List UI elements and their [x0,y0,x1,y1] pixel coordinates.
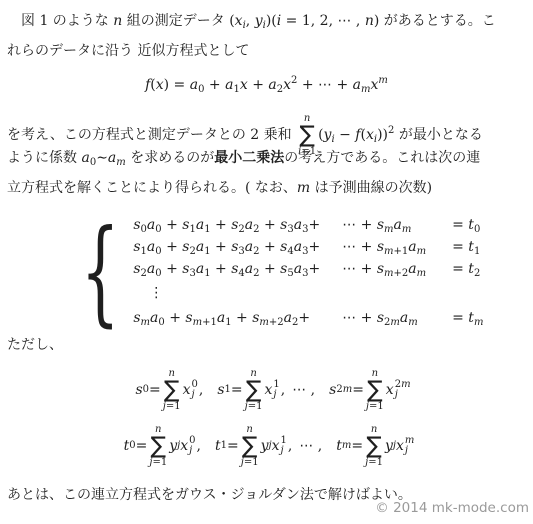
sum-operator-icon: n∑j=1 [241,424,259,468]
stacked-scripts: mj [405,436,414,456]
t-definitions-equation: t0 = n∑j=1 yjx0j, t1 = n∑j=1 yjx1j, ⋯ , … [0,418,533,474]
sum-formula-paragraph: を考え、この方程式と測定データとの 2 乗和 n∑i=1(yi − f(xi))… [7,113,528,203]
equation-cell: = tm [426,307,483,329]
copyright-notice: © 2014 mk-mode.com [375,499,529,517]
equations-table: s0a0 + s1a1 + s2a2 + s3a3+⋯ + smam= t0s1… [133,214,483,329]
text-line: 図 1 のような n 組の測定データ (xi, yi)(i = 1, 2, ⋯ … [7,6,528,36]
equation-cell: sma0 + sm+1a1 + sm+2a2+ [133,307,320,329]
equation-cell: ⋮ [133,280,320,307]
least-squares-article: 図 1 のような n 組の測定データ (xi, yi)(i = 1, 2, ⋯ … [0,0,533,524]
equation-cell [426,280,483,307]
equation-row: s2a0 + s3a1 + s4a2 + s5a3+⋯ + sm+2am= t2 [133,258,483,280]
stacked-scripts: 1j [281,436,287,456]
sum-operator-icon: n∑j=1 [149,424,167,468]
equation-cell: ⋯ + sm+1am [320,236,426,258]
text-line: ように係数 a0∼am を求めるのが最小二乗法の考え方である。これは次の連 [7,143,528,173]
sum-operator-icon: n∑j=1 [365,424,383,468]
equation-cell: = t0 [426,214,483,236]
s-definitions-equation: s0 = n∑j=1 x0j, s1 = n∑j=1 x1j, ⋯ , s2m … [0,362,533,418]
left-brace: { [81,215,120,329]
tadashi-label: ただし、 [7,330,528,360]
equation-cell: = t2 [426,258,483,280]
equation-cell [320,280,426,307]
equation-cell: = t1 [426,236,483,258]
sum-operator-icon: n∑j=1 [245,368,263,412]
equation-row: s1a0 + s2a1 + s3a2 + s4a3+⋯ + sm+1am= t1 [133,236,483,258]
intro-paragraph: 図 1 のような n 組の測定データ (xi, yi)(i = 1, 2, ⋯ … [7,6,528,66]
text-line: を考え、この方程式と測定データとの 2 乗和 n∑i=1(yi − f(xi))… [7,113,528,143]
equation-row: ⋮ [133,280,483,307]
equation-row: s0a0 + s1a1 + s2a2 + s3a3+⋯ + smam= t0 [133,214,483,236]
normal-equations-system: { s0a0 + s1a1 + s2a2 + s3a3+⋯ + smam= t0… [76,214,483,329]
equation-cell: s2a0 + s3a1 + s4a2 + s5a3+ [133,258,320,280]
text-line: 立方程式を解くことにより得られる。( なお、m は予測曲線の次数) [7,173,528,203]
equation-row: sma0 + sm+1a1 + sm+2a2+⋯ + s2mam= tm [133,307,483,329]
stacked-scripts: 2mj [395,380,411,400]
approx-equation: f(x) = a0 + a1x + a2x2 + ⋯ + amxm [0,70,533,100]
text-line: れらのデータに沿う 近似方程式として [7,36,528,66]
sum-operator-icon: n∑j=1 [366,368,384,412]
stacked-scripts: 0j [189,436,195,456]
text-line: ただし、 [7,330,528,360]
equation-cell: ⋯ + sm+2am [320,258,426,280]
equation-cell: s1a0 + s2a1 + s3a2 + s4a3+ [133,236,320,258]
equation-cell: ⋯ + smam [320,214,426,236]
stacked-scripts: 1j [273,380,279,400]
equation-cell: s0a0 + s1a1 + s2a2 + s3a3+ [133,214,320,236]
sum-operator-icon: n∑j=1 [163,368,181,412]
equation-cell: ⋯ + s2mam [320,307,426,329]
stacked-scripts: 0j [192,380,198,400]
